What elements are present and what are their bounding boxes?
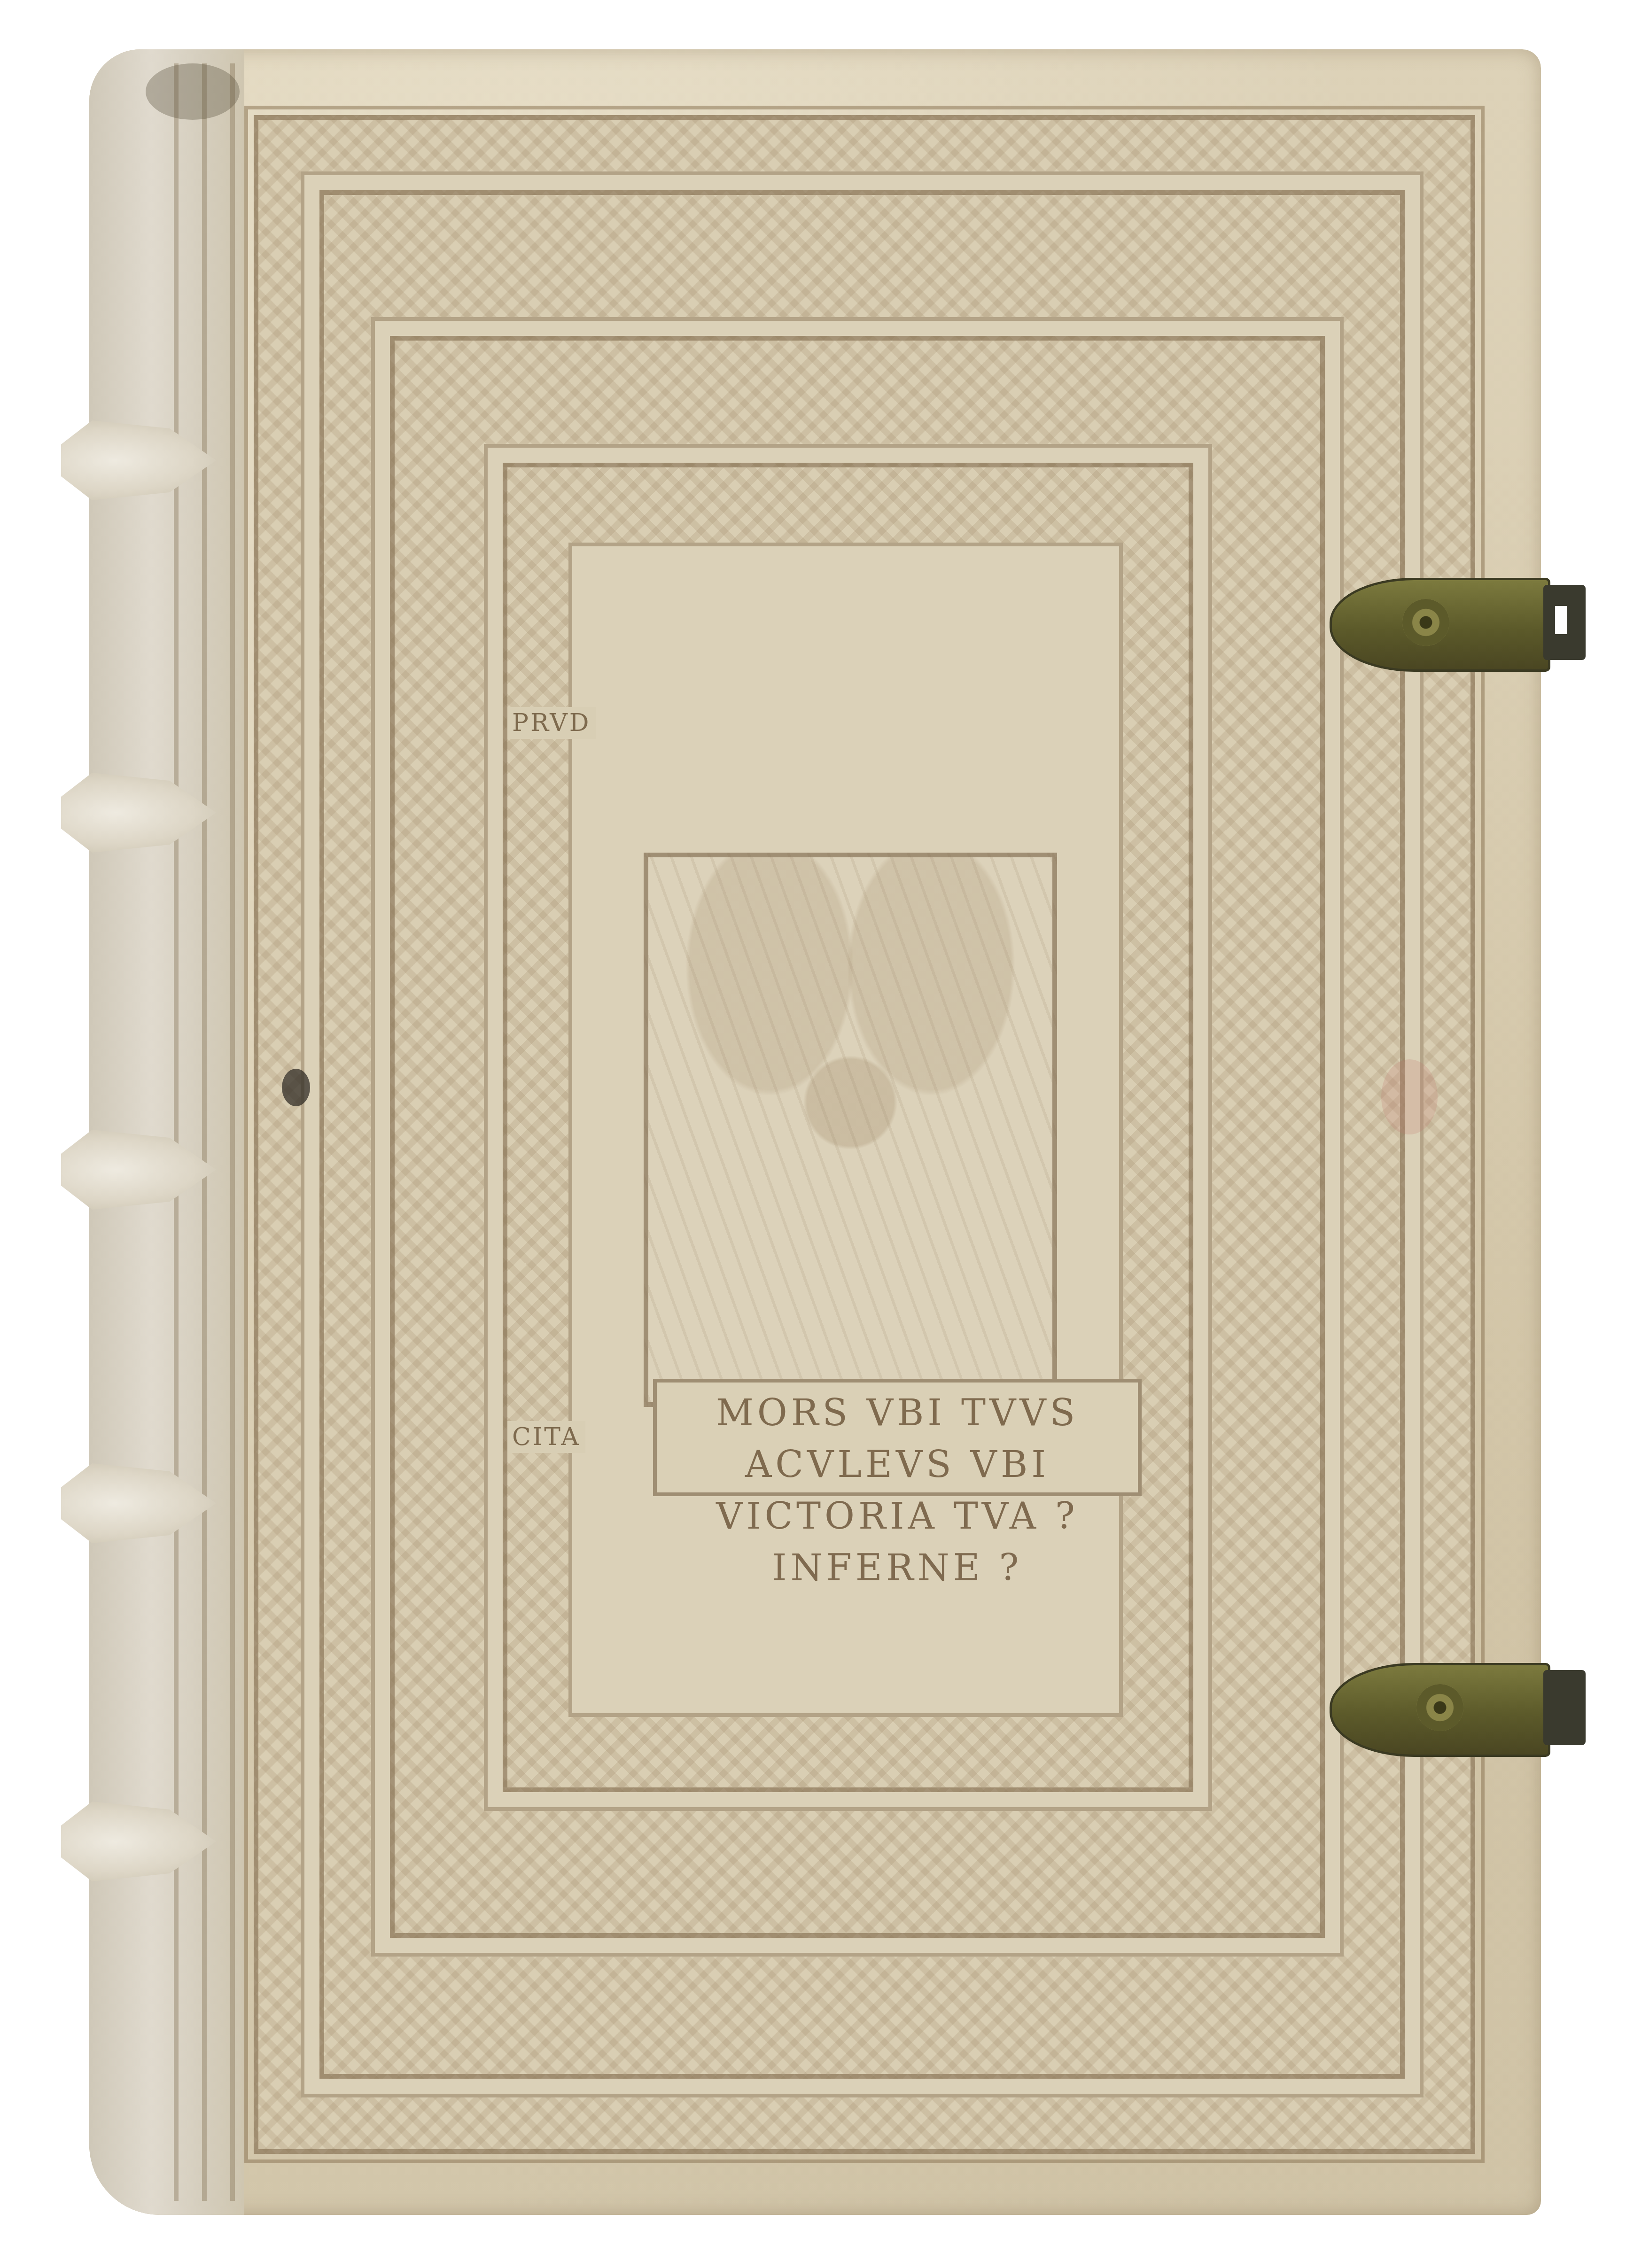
- inscription-line-2: VICTORIA TVA ? INFERNE ?: [657, 1491, 1138, 1594]
- pink-stain: [1381, 1059, 1438, 1134]
- clasp-upper[interactable]: [1330, 578, 1550, 672]
- spine-fillet: [202, 63, 207, 2201]
- ink-stain: [282, 1069, 310, 1106]
- spine-fillet: [174, 63, 179, 2201]
- book-cover: MORS VBI TVVS ACVLEVS VBI VICTORIA TVA ?…: [89, 49, 1541, 2215]
- inscription-line-1: MORS VBI TVVS ACVLEVS VBI: [657, 1387, 1138, 1491]
- corner-wear: [146, 63, 240, 120]
- central-panel-stamp: [644, 853, 1057, 1407]
- clasp-hook-slot: [1555, 606, 1567, 634]
- clasp-lower[interactable]: [1330, 1663, 1550, 1757]
- roll-label-prudentia: PRVD: [507, 707, 596, 739]
- spine-fillet: [230, 63, 235, 2201]
- roll-label-caritas: CITA: [507, 1421, 585, 1453]
- clasp-hook: [1543, 1670, 1586, 1745]
- panel-inscription: MORS VBI TVVS ACVLEVS VBI VICTORIA TVA ?…: [653, 1379, 1142, 1496]
- clasp-rivet-icon: [1402, 599, 1449, 646]
- clasp-rivet-icon: [1416, 1684, 1463, 1731]
